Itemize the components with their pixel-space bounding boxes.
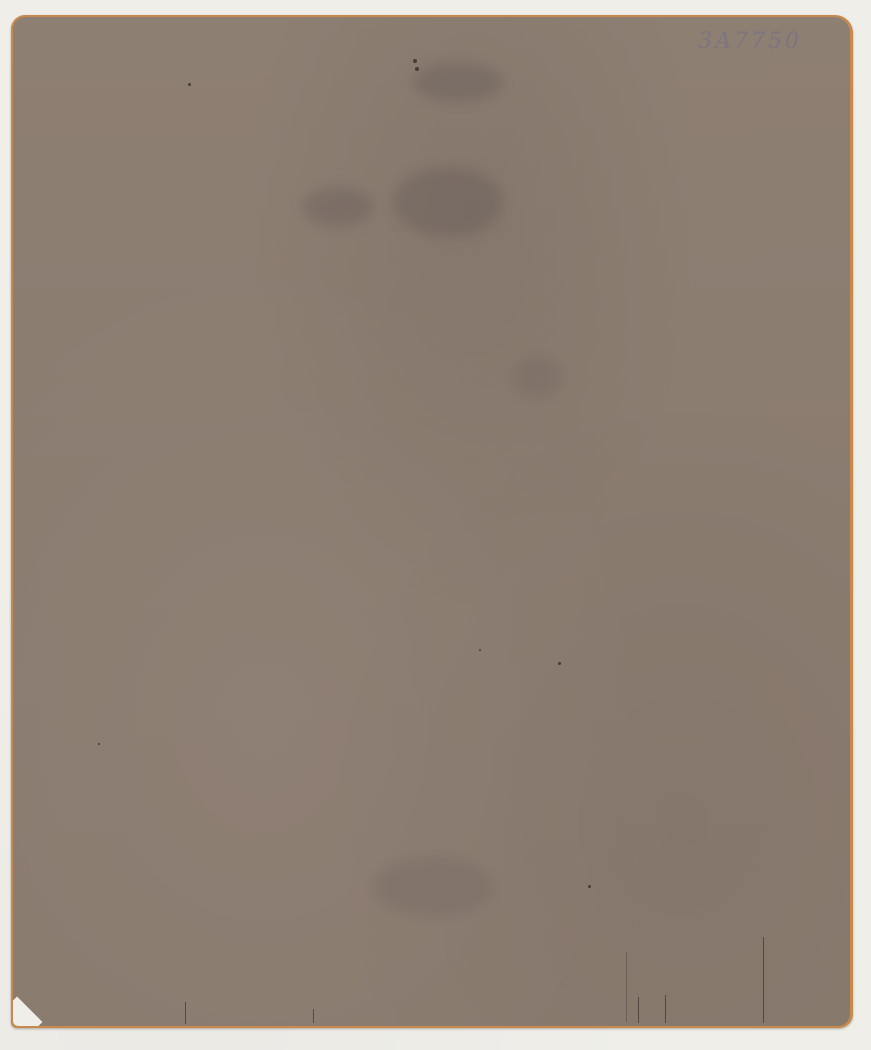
pencil-tick-mark: [185, 1002, 186, 1024]
ink-spot: [188, 83, 191, 86]
smudge-mark: [373, 857, 493, 917]
smudge-mark: [413, 62, 503, 102]
pencil-tick-mark: [763, 937, 764, 1023]
smudge-mark: [303, 187, 373, 227]
clipped-corner: [13, 997, 42, 1026]
ink-spot: [98, 743, 100, 745]
ink-spot: [588, 885, 591, 888]
pencil-tick-mark: [665, 995, 666, 1023]
ink-spot: [413, 59, 417, 63]
smudge-mark: [513, 357, 563, 397]
pencil-inscription: 3A7750: [698, 29, 802, 54]
photo-mount-card: 3A7750: [11, 15, 853, 1028]
pencil-tick-mark: [638, 997, 639, 1023]
pencil-tick-mark: [313, 1009, 314, 1023]
smudge-mark: [393, 167, 503, 237]
ink-spot: [558, 662, 561, 665]
ink-spot: [415, 67, 419, 71]
ink-spot: [479, 649, 481, 651]
pencil-tick-mark: [626, 952, 627, 1022]
card-back-surface: 3A7750: [13, 17, 850, 1026]
